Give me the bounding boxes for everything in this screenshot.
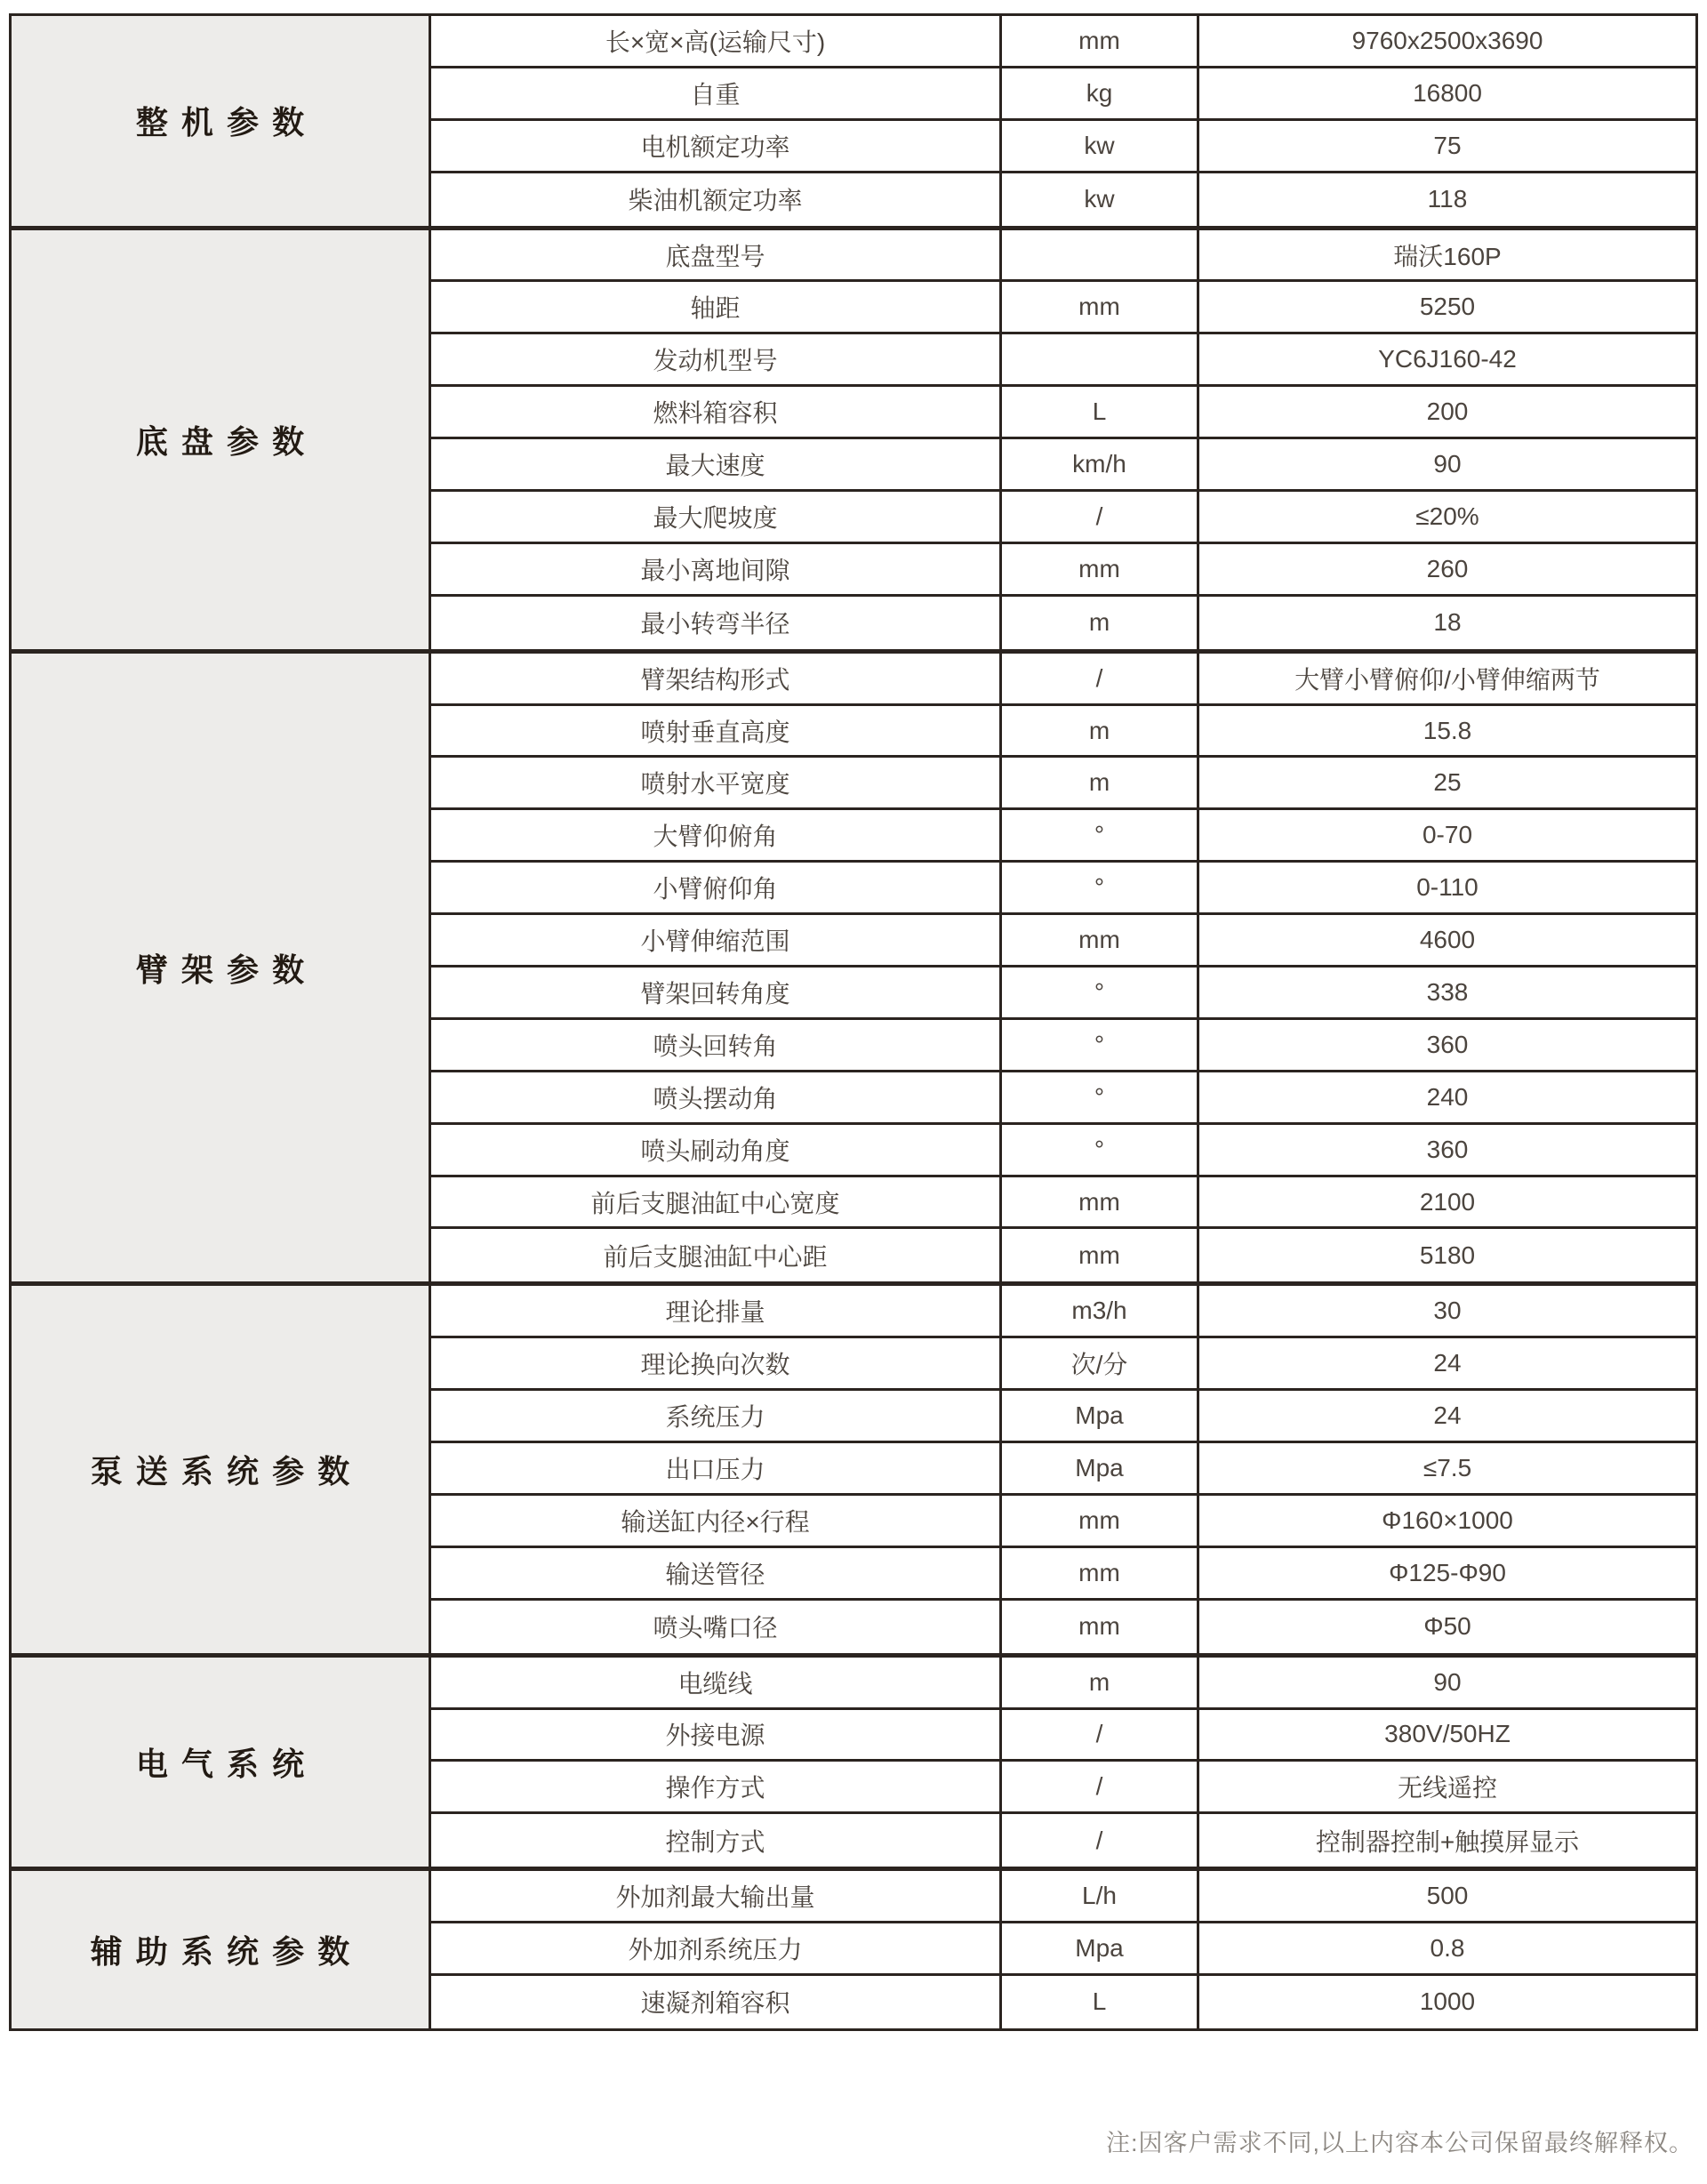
param-name-cell: 喷头嘴口径 [431, 1601, 1002, 1653]
section-rows: 臂架结构形式 / 大臂小臂俯仰/小臂伸缩两节 喷射垂直高度 m 15.8 喷射水… [431, 654, 1695, 1282]
param-name-cell: 小臂伸缩范围 [431, 915, 1002, 965]
param-name-cell: 最小离地间隙 [431, 544, 1002, 594]
value-cell: 24 [1199, 1391, 1695, 1441]
param-name-cell: 发动机型号 [431, 334, 1002, 384]
table-row: 喷头刷动角度 ° 360 [431, 1125, 1695, 1177]
value-cell: 118 [1199, 173, 1695, 226]
table-section: 整机参数 长×宽×高(运输尺寸) mm 9760x2500x3690 自重 kg… [12, 16, 1695, 230]
table-row: 喷头嘴口径 mm Φ50 [431, 1601, 1695, 1653]
value-cell: 瑞沃160P [1199, 230, 1695, 280]
value-cell: 无线遥控 [1199, 1762, 1695, 1811]
param-name-cell: 前后支腿油缸中心距 [431, 1229, 1002, 1281]
value-cell: 15.8 [1199, 706, 1695, 756]
unit-cell: / [1002, 654, 1199, 703]
unit-cell: / [1002, 1710, 1199, 1760]
unit-cell: / [1002, 492, 1199, 542]
table-row: 最大爬坡度 / ≤20% [431, 492, 1695, 544]
value-cell: ≤7.5 [1199, 1443, 1695, 1493]
table-row: 最小离地间隙 mm 260 [431, 544, 1695, 597]
value-cell: 5250 [1199, 282, 1695, 332]
value-cell: 260 [1199, 544, 1695, 594]
table-row: 轴距 mm 5250 [431, 282, 1695, 334]
unit-cell: mm [1002, 1548, 1199, 1598]
param-name-cell: 出口压力 [431, 1443, 1002, 1493]
param-name-cell: 小臂俯仰角 [431, 863, 1002, 912]
table-row: 小臂伸缩范围 mm 4600 [431, 915, 1695, 968]
value-cell: 90 [1199, 1658, 1695, 1707]
section-rows: 外加剂最大输出量 L/h 500 外加剂系统压力 Mpa 0.8 速凝剂箱容积 … [431, 1871, 1695, 2028]
param-name-cell: 大臂仰俯角 [431, 810, 1002, 860]
section-rows: 理论排量 m3/h 30 理论换向次数 次/分 24 系统压力 Mpa 24 出… [431, 1286, 1695, 1652]
param-name-cell: 自重 [431, 68, 1002, 118]
table-row: 外加剂最大输出量 L/h 500 [431, 1871, 1695, 1923]
param-name-cell: 最大速度 [431, 439, 1002, 489]
param-name-cell: 臂架回转角度 [431, 968, 1002, 1017]
unit-cell: kg [1002, 68, 1199, 118]
value-cell: 360 [1199, 1020, 1695, 1070]
unit-cell: / [1002, 1762, 1199, 1811]
unit-cell: ° [1002, 863, 1199, 912]
table-row: 速凝剂箱容积 L 1000 [431, 1976, 1695, 2028]
table-row: 前后支腿油缸中心宽度 mm 2100 [431, 1177, 1695, 1230]
value-cell: 24 [1199, 1338, 1695, 1388]
param-name-cell: 理论排量 [431, 1286, 1002, 1336]
table-section: 臂架参数 臂架结构形式 / 大臂小臂俯仰/小臂伸缩两节 喷射垂直高度 m 15.… [12, 654, 1695, 1287]
value-cell: 4600 [1199, 915, 1695, 965]
param-name-cell: 操作方式 [431, 1762, 1002, 1811]
value-cell: 200 [1199, 387, 1695, 437]
unit-cell: ° [1002, 968, 1199, 1017]
table-row: 输送缸内径×行程 mm Φ160×1000 [431, 1496, 1695, 1548]
param-name-cell: 轴距 [431, 282, 1002, 332]
table-row: 臂架结构形式 / 大臂小臂俯仰/小臂伸缩两节 [431, 654, 1695, 706]
unit-cell: m [1002, 1658, 1199, 1707]
param-name-cell: 燃料箱容积 [431, 387, 1002, 437]
table-row: 长×宽×高(运输尺寸) mm 9760x2500x3690 [431, 16, 1695, 68]
section-category-label: 泵送系统参数 [12, 1286, 431, 1652]
table-section: 泵送系统参数 理论排量 m3/h 30 理论换向次数 次/分 24 系统压力 M… [12, 1286, 1695, 1657]
table-row: 喷射水平宽度 m 25 [431, 758, 1695, 810]
unit-cell: m [1002, 706, 1199, 756]
param-name-cell: 外加剂最大输出量 [431, 1871, 1002, 1921]
table-row: 大臂仰俯角 ° 0-70 [431, 810, 1695, 863]
table-row: 控制方式 / 控制器控制+触摸屏显示 [431, 1814, 1695, 1867]
param-name-cell: 长×宽×高(运输尺寸) [431, 16, 1002, 66]
param-name-cell: 电机额定功率 [431, 121, 1002, 171]
spec-table: 整机参数 长×宽×高(运输尺寸) mm 9760x2500x3690 自重 kg… [9, 13, 1698, 2031]
value-cell: 2100 [1199, 1177, 1695, 1227]
param-name-cell: 喷头回转角 [431, 1020, 1002, 1070]
value-cell: Φ50 [1199, 1601, 1695, 1653]
value-cell: 75 [1199, 121, 1695, 171]
value-cell: 0-110 [1199, 863, 1695, 912]
table-row: 输送管径 mm Φ125-Φ90 [431, 1548, 1695, 1601]
unit-cell: m3/h [1002, 1286, 1199, 1336]
param-name-cell: 喷射垂直高度 [431, 706, 1002, 756]
unit-cell: m [1002, 597, 1199, 649]
value-cell: 25 [1199, 758, 1695, 807]
section-category-label: 臂架参数 [12, 654, 431, 1282]
param-name-cell: 输送管径 [431, 1548, 1002, 1598]
unit-cell: 次/分 [1002, 1338, 1199, 1388]
section-rows: 电缆线 m 90 外接电源 / 380V/50HZ 操作方式 / 无线遥控 控制… [431, 1658, 1695, 1867]
unit-cell: mm [1002, 1601, 1199, 1653]
param-name-cell: 喷头刷动角度 [431, 1125, 1002, 1175]
unit-cell: ° [1002, 1020, 1199, 1070]
section-rows: 底盘型号 瑞沃160P 轴距 mm 5250 发动机型号 YC6J160-42 … [431, 230, 1695, 649]
value-cell: 9760x2500x3690 [1199, 16, 1695, 66]
param-name-cell: 速凝剂箱容积 [431, 1976, 1002, 2028]
param-name-cell: 柴油机额定功率 [431, 173, 1002, 226]
unit-cell: mm [1002, 544, 1199, 594]
section-category-label: 整机参数 [12, 16, 431, 226]
param-name-cell: 最小转弯半径 [431, 597, 1002, 649]
param-name-cell: 控制方式 [431, 1814, 1002, 1867]
param-name-cell: 系统压力 [431, 1391, 1002, 1441]
table-section: 电气系统 电缆线 m 90 外接电源 / 380V/50HZ 操作方式 / 无线… [12, 1658, 1695, 1872]
footer-note: 注:因客户需求不同,以上内容本公司保留最终解释权。 [1106, 2124, 1694, 2158]
table-row: 理论换向次数 次/分 24 [431, 1338, 1695, 1391]
unit-cell: / [1002, 1814, 1199, 1867]
unit-cell: ° [1002, 1125, 1199, 1175]
table-row: 系统压力 Mpa 24 [431, 1391, 1695, 1443]
value-cell: 30 [1199, 1286, 1695, 1336]
unit-cell: kw [1002, 173, 1199, 226]
unit-cell: mm [1002, 1229, 1199, 1281]
param-name-cell: 理论换向次数 [431, 1338, 1002, 1388]
table-row: 柴油机额定功率 kw 118 [431, 173, 1695, 226]
value-cell: 380V/50HZ [1199, 1710, 1695, 1760]
value-cell: 338 [1199, 968, 1695, 1017]
table-row: 外接电源 / 380V/50HZ [431, 1710, 1695, 1762]
unit-cell: m [1002, 758, 1199, 807]
section-category-label: 辅助系统参数 [12, 1871, 431, 2028]
param-name-cell: 外接电源 [431, 1710, 1002, 1760]
value-cell: 0-70 [1199, 810, 1695, 860]
value-cell: 90 [1199, 439, 1695, 489]
table-row: 理论排量 m3/h 30 [431, 1286, 1695, 1338]
table-section: 底盘参数 底盘型号 瑞沃160P 轴距 mm 5250 发动机型号 YC6J16… [12, 230, 1695, 654]
value-cell: 1000 [1199, 1976, 1695, 2028]
table-row: 最小转弯半径 m 18 [431, 597, 1695, 649]
value-cell: 18 [1199, 597, 1695, 649]
unit-cell: mm [1002, 16, 1199, 66]
param-name-cell: 喷头摆动角 [431, 1072, 1002, 1122]
unit-cell: Mpa [1002, 1443, 1199, 1493]
unit-cell: L/h [1002, 1871, 1199, 1921]
param-name-cell: 底盘型号 [431, 230, 1002, 280]
table-row: 小臂俯仰角 ° 0-110 [431, 863, 1695, 915]
table-row: 喷头回转角 ° 360 [431, 1020, 1695, 1072]
unit-cell: ° [1002, 1072, 1199, 1122]
value-cell: 大臂小臂俯仰/小臂伸缩两节 [1199, 654, 1695, 703]
unit-cell: ° [1002, 810, 1199, 860]
param-name-cell: 最大爬坡度 [431, 492, 1002, 542]
section-category-label: 电气系统 [12, 1658, 431, 1867]
unit-cell: mm [1002, 282, 1199, 332]
value-cell: 16800 [1199, 68, 1695, 118]
value-cell: 500 [1199, 1871, 1695, 1921]
table-row: 出口压力 Mpa ≤7.5 [431, 1443, 1695, 1496]
unit-cell [1002, 334, 1199, 384]
unit-cell: mm [1002, 1496, 1199, 1546]
unit-cell: km/h [1002, 439, 1199, 489]
section-category-label: 底盘参数 [12, 230, 431, 649]
unit-cell: kw [1002, 121, 1199, 171]
value-cell: 240 [1199, 1072, 1695, 1122]
value-cell: ≤20% [1199, 492, 1695, 542]
unit-cell: Mpa [1002, 1923, 1199, 1973]
table-row: 前后支腿油缸中心距 mm 5180 [431, 1229, 1695, 1281]
unit-cell [1002, 230, 1199, 280]
param-name-cell: 电缆线 [431, 1658, 1002, 1707]
table-section: 辅助系统参数 外加剂最大输出量 L/h 500 外加剂系统压力 Mpa 0.8 … [12, 1871, 1695, 2028]
table-row: 燃料箱容积 L 200 [431, 387, 1695, 439]
value-cell: Φ125-Φ90 [1199, 1548, 1695, 1598]
table-row: 最大速度 km/h 90 [431, 439, 1695, 492]
section-rows: 长×宽×高(运输尺寸) mm 9760x2500x3690 自重 kg 1680… [431, 16, 1695, 226]
value-cell: 360 [1199, 1125, 1695, 1175]
param-name-cell: 外加剂系统压力 [431, 1923, 1002, 1973]
unit-cell: L [1002, 1976, 1199, 2028]
unit-cell: mm [1002, 1177, 1199, 1227]
value-cell: 控制器控制+触摸屏显示 [1199, 1814, 1695, 1867]
param-name-cell: 输送缸内径×行程 [431, 1496, 1002, 1546]
value-cell: 5180 [1199, 1229, 1695, 1281]
table-row: 底盘型号 瑞沃160P [431, 230, 1695, 283]
param-name-cell: 臂架结构形式 [431, 654, 1002, 703]
table-row: 自重 kg 16800 [431, 68, 1695, 121]
unit-cell: L [1002, 387, 1199, 437]
table-row: 电机额定功率 kw 75 [431, 121, 1695, 173]
param-name-cell: 前后支腿油缸中心宽度 [431, 1177, 1002, 1227]
value-cell: 0.8 [1199, 1923, 1695, 1973]
table-row: 发动机型号 YC6J160-42 [431, 334, 1695, 387]
table-row: 操作方式 / 无线遥控 [431, 1762, 1695, 1814]
table-row: 电缆线 m 90 [431, 1658, 1695, 1710]
table-row: 喷射垂直高度 m 15.8 [431, 706, 1695, 759]
table-row: 喷头摆动角 ° 240 [431, 1072, 1695, 1125]
value-cell: YC6J160-42 [1199, 334, 1695, 384]
value-cell: Φ160×1000 [1199, 1496, 1695, 1546]
unit-cell: mm [1002, 915, 1199, 965]
table-row: 外加剂系统压力 Mpa 0.8 [431, 1923, 1695, 1976]
table-row: 臂架回转角度 ° 338 [431, 968, 1695, 1020]
unit-cell: Mpa [1002, 1391, 1199, 1441]
param-name-cell: 喷射水平宽度 [431, 758, 1002, 807]
